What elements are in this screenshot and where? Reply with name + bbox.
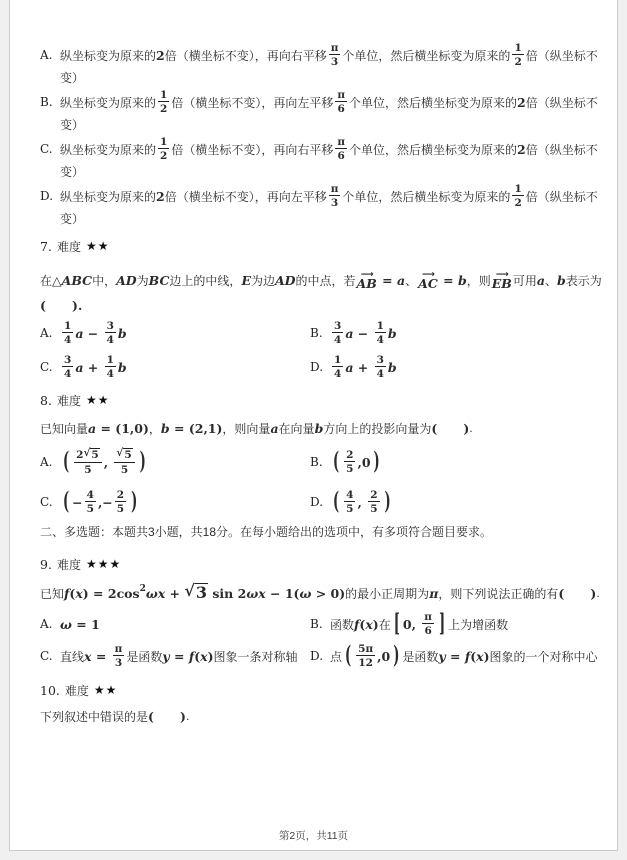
option-text: 纵坐标变为原来的12倍（横坐标不变），再向左平移π6个单位，然后横坐标变为原来的…	[60, 87, 598, 134]
option-letter: B.	[40, 87, 60, 134]
question-7-options: A. 14a − 34b B. 34a − 14b C. 34a + 14b D…	[40, 316, 591, 384]
option-letter: D.	[40, 181, 60, 228]
option-row-d: D. 纵坐标变为原来的2倍（横坐标不变），再向左平移π3个单位，然后横坐标变为原…	[40, 181, 591, 228]
question-8: 8. 难度 ★★ 已知向量a = (1,0)，b = (2,1)，则向量a在向量…	[40, 392, 591, 522]
option-c: C. 直线x = π3是函数y = f(x)图象一条对称轴	[40, 640, 310, 672]
option-row-a: A. 纵坐标变为原来的2倍（横坐标不变），再向右平移π3个单位，然后横坐标变为原…	[40, 40, 591, 87]
page-indicator: 第2页，共11页	[10, 828, 617, 843]
difficulty-stars: ★★★	[86, 557, 121, 571]
difficulty-label: 难度	[57, 392, 81, 409]
question-8-header: 8. 难度 ★★	[40, 392, 591, 408]
difficulty-stars: ★★	[86, 393, 110, 407]
option-content: 点(5π12,0)是函数y = f(x)图象的一个对称中心	[330, 643, 598, 669]
option-letter: A.	[40, 326, 60, 340]
question-7-header: 7. 难度 ★★	[40, 238, 591, 254]
question-10-header: 10. 难度 ★★	[40, 682, 591, 698]
option-letter: A.	[40, 40, 60, 87]
option-a: A. (2√55, √55)	[40, 442, 310, 482]
option-d: D. (45, 25)	[310, 482, 591, 522]
question-8-stem: 已知向量a = (1,0)，b = (2,1)，则向量a在向量b方向上的投影向量…	[40, 416, 591, 440]
option-line-1: 纵坐标变为原来的12倍（横坐标不变），再向右平移π6个单位，然后横坐标变为原来的…	[60, 134, 598, 164]
option-line-1: 纵坐标变为原来的2倍（横坐标不变），再向左平移π3个单位，然后横坐标变为原来的1…	[60, 181, 598, 211]
question-number: 10.	[40, 683, 60, 698]
option-row-c: C. 纵坐标变为原来的12倍（横坐标不变），再向右平移π6个单位，然后横坐标变为…	[40, 134, 591, 181]
option-b: B. (25,0)	[310, 442, 591, 482]
option-b: B. 34a − 14b	[310, 316, 591, 350]
option-content: 34a + 14b	[60, 354, 127, 380]
option-letter: B.	[310, 617, 330, 631]
option-c: C. 34a + 14b	[40, 350, 310, 384]
option-letter: C.	[40, 649, 60, 663]
option-letter: D.	[310, 495, 330, 509]
question-number: 8.	[40, 393, 52, 408]
question-8-options: A. (2√55, √55) B. (25,0) C. (−45,−25) D.…	[40, 442, 591, 522]
option-letter: C.	[40, 495, 60, 509]
option-content: ω = 1	[60, 617, 100, 632]
option-line-2: 变）	[60, 211, 598, 228]
option-line-1: 纵坐标变为原来的2倍（横坐标不变），再向右平移π3个单位，然后横坐标变为原来的1…	[60, 40, 598, 70]
question-7: 7. 难度 ★★ 在△ABC中，AD为BC边上的中线，E为边AD的中点，若⟶AB…	[40, 238, 591, 384]
option-line-2: 变）	[60, 164, 598, 181]
option-row-b: B. 纵坐标变为原来的12倍（横坐标不变），再向左平移π6个单位，然后横坐标变为…	[40, 87, 591, 134]
option-letter: C.	[40, 134, 60, 181]
option-letter: B.	[310, 455, 330, 469]
difficulty-stars: ★★	[94, 683, 118, 697]
question-10: 10. 难度 ★★ 下列叙述中错误的是( ).	[40, 682, 591, 726]
option-content: 直线x = π3是函数y = f(x)图象一条对称轴	[60, 643, 298, 669]
question-6-options: A. 纵坐标变为原来的2倍（横坐标不变），再向右平移π3个单位，然后横坐标变为原…	[40, 40, 591, 228]
question-10-stem: 下列叙述中错误的是( ).	[40, 706, 591, 726]
difficulty-stars: ★★	[86, 239, 110, 253]
difficulty-label: 难度	[65, 682, 89, 699]
difficulty-label: 难度	[57, 238, 81, 255]
question-9-header: 9. 难度 ★★★	[40, 556, 591, 572]
option-letter: A.	[40, 455, 60, 469]
section-2-header: 二、多选题：本题共3小题，共18分。在每小题给出的选项中，有多项符合题目要求。	[40, 524, 591, 540]
question-number: 7.	[40, 239, 52, 254]
option-content: 函数f(x)在[0, π6]上为增函数	[330, 611, 508, 637]
question-9-stem: 已知f(x) = 2cos2ωx + √3 sin 2ωx − 1(ω > 0)…	[40, 580, 591, 606]
option-c: C. (−45,−25)	[40, 482, 310, 522]
question-9-options: A. ω = 1 B. 函数f(x)在[0, π6]上为增函数 C. 直线x =…	[40, 608, 591, 672]
option-letter: D.	[310, 360, 330, 374]
option-b: B. 函数f(x)在[0, π6]上为增函数	[310, 608, 598, 640]
option-text: 纵坐标变为原来的12倍（横坐标不变），再向右平移π6个单位，然后横坐标变为原来的…	[60, 134, 598, 181]
option-a: A. 14a − 34b	[40, 316, 310, 350]
option-content: 34a − 14b	[330, 320, 397, 346]
option-line-2: 变）	[60, 117, 598, 134]
option-text: 纵坐标变为原来的2倍（横坐标不变），再向右平移π3个单位，然后横坐标变为原来的1…	[60, 40, 598, 87]
option-content: 14a − 34b	[60, 320, 127, 346]
difficulty-label: 难度	[57, 556, 81, 573]
option-content: (−45,−25)	[60, 489, 140, 515]
question-7-stem: 在△ABC中，AD为BC边上的中线，E为边AD的中点，若⟶AB = a、⟶AC …	[40, 266, 591, 294]
option-d: D. 点(5π12,0)是函数y = f(x)图象的一个对称中心	[310, 640, 598, 672]
question-7-answer-blank: ( ).	[40, 296, 591, 314]
option-content: (45, 25)	[330, 489, 394, 515]
option-text: 纵坐标变为原来的2倍（横坐标不变），再向左平移π3个单位，然后横坐标变为原来的1…	[60, 181, 598, 228]
option-letter: C.	[40, 360, 60, 374]
option-line-2: 变）	[60, 70, 598, 87]
question-9: 9. 难度 ★★★ 已知f(x) = 2cos2ωx + √3 sin 2ωx …	[40, 556, 591, 672]
option-content: 14a + 34b	[330, 354, 397, 380]
option-content: (2√55, √55)	[60, 448, 149, 475]
option-a: A. ω = 1	[40, 608, 310, 640]
option-letter: B.	[310, 326, 330, 340]
option-content: (25,0)	[330, 449, 383, 475]
option-letter: D.	[310, 649, 330, 663]
option-d: D. 14a + 34b	[310, 350, 591, 384]
option-line-1: 纵坐标变为原来的12倍（横坐标不变），再向左平移π6个单位，然后横坐标变为原来的…	[60, 87, 598, 117]
question-number: 9.	[40, 557, 52, 572]
option-letter: A.	[40, 617, 60, 631]
document-page: A. 纵坐标变为原来的2倍（横坐标不变），再向右平移π3个单位，然后横坐标变为原…	[9, 0, 618, 851]
page-content: A. 纵坐标变为原来的2倍（横坐标不变），再向右平移π3个单位，然后横坐标变为原…	[10, 40, 617, 726]
